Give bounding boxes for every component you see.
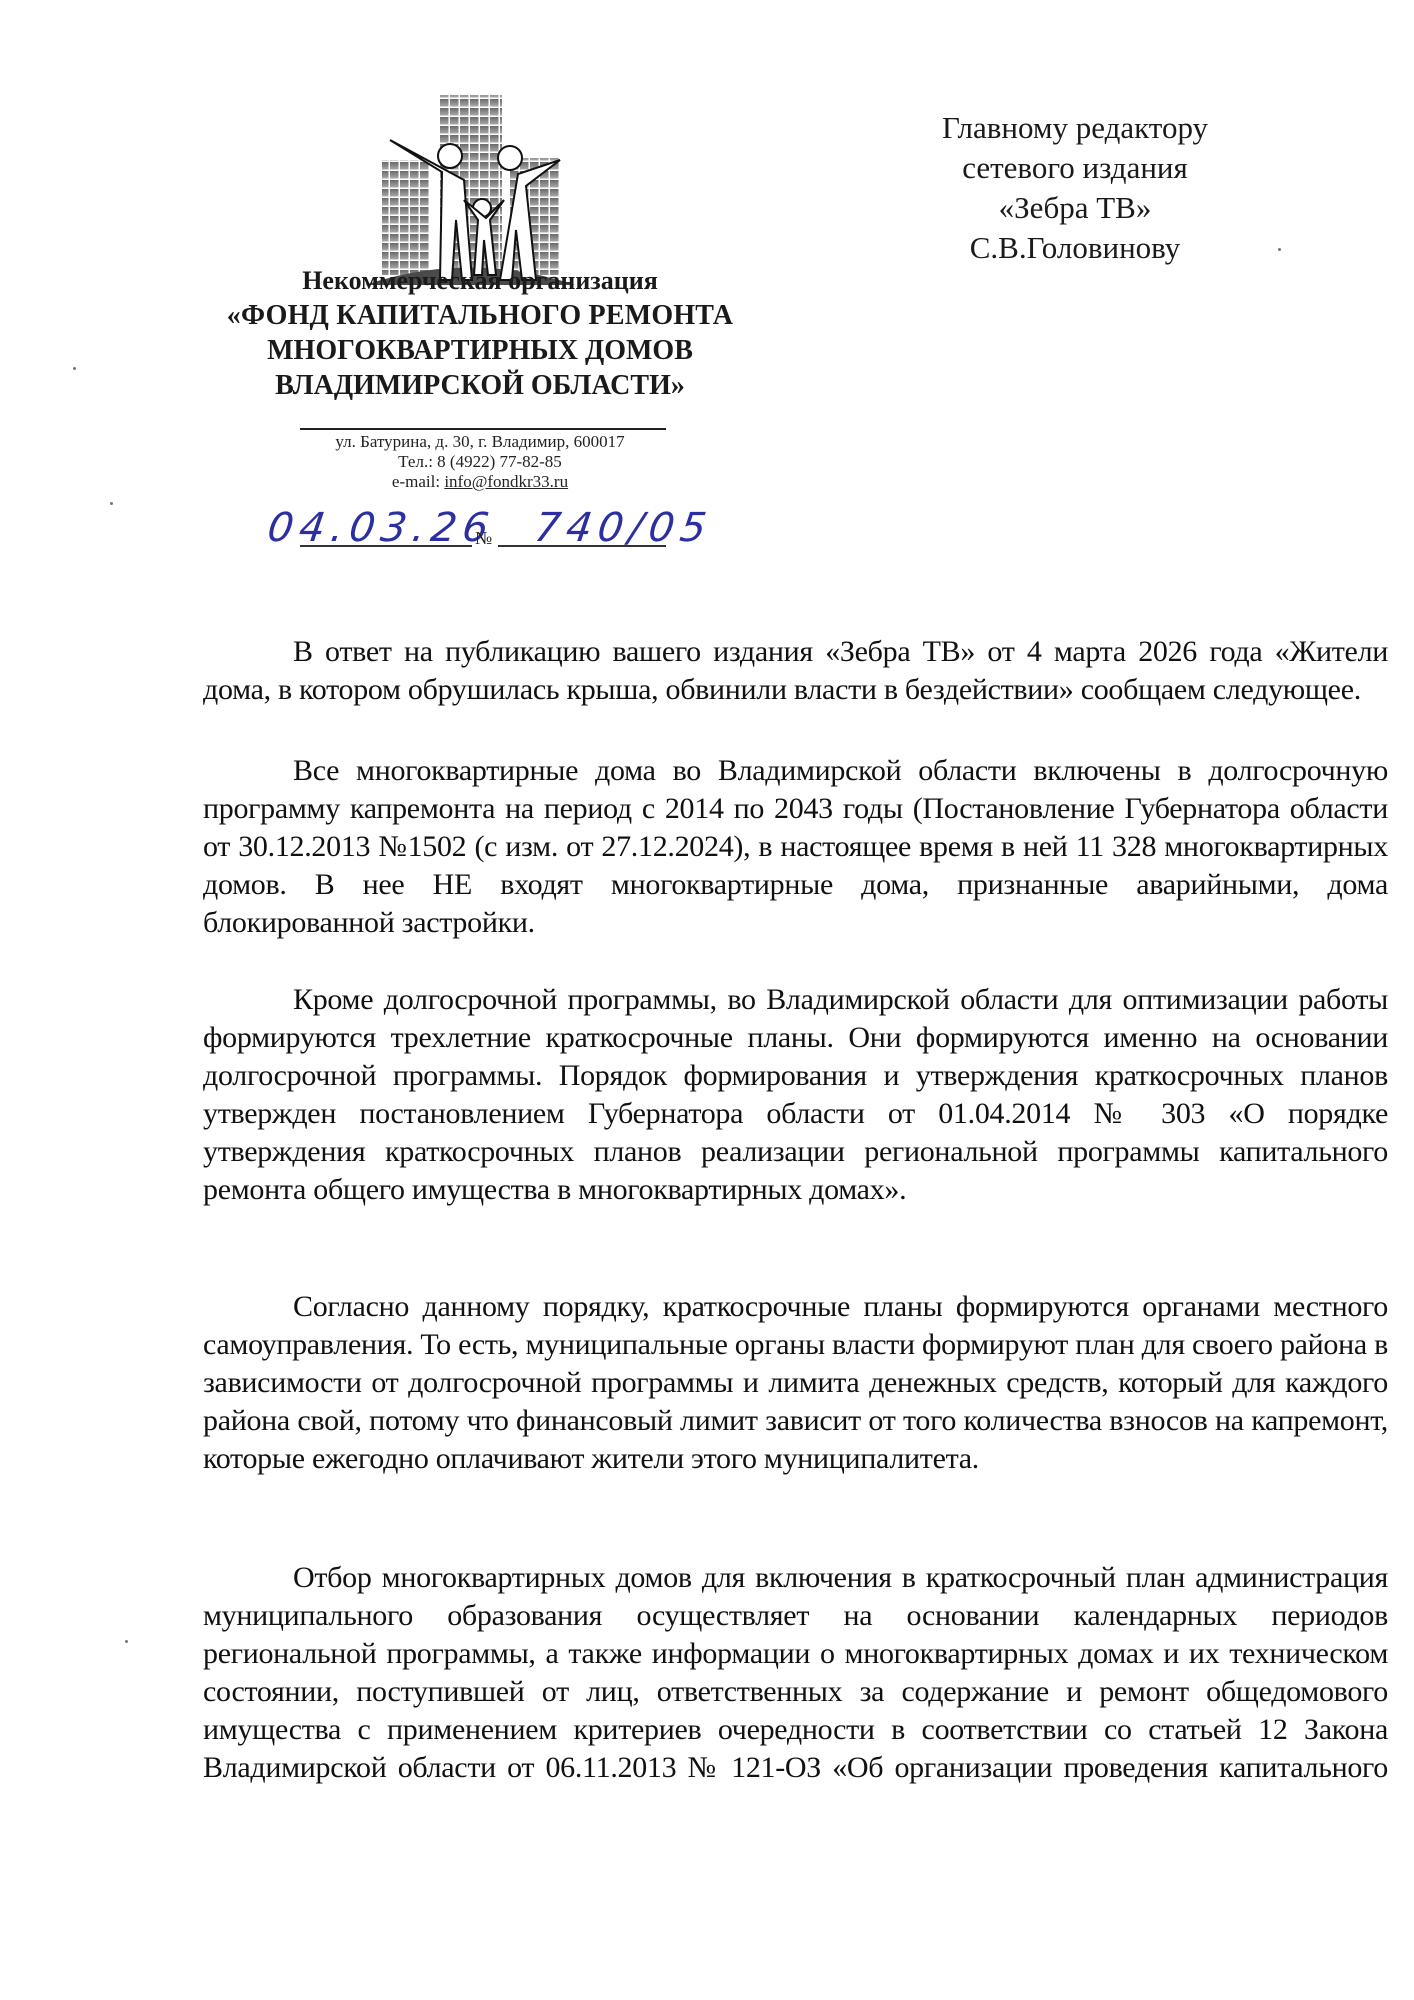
org-email-line: e-mail: info@fondkr33.ru xyxy=(250,472,710,492)
scan-speck xyxy=(1278,248,1281,251)
org-name-line-3: ВЛАДИМИРСКОЙ ОБЛАСТИ» xyxy=(190,370,770,402)
paragraph-text: Отбор многоквартирных домов для включени… xyxy=(203,1559,1388,1787)
scan-speck xyxy=(125,1640,128,1643)
outgoing-date-handwritten: 04.03.26 xyxy=(265,505,498,551)
letter-body-paragraph-5: Отбор многоквартирных домов для включени… xyxy=(203,1559,1388,1787)
org-name-line-2: МНОГОКВАРТИРНЫХ ДОМОВ xyxy=(190,335,770,367)
org-phone: Тел.: 8 (4922) 77-82-85 xyxy=(250,452,710,472)
scan-speck xyxy=(73,367,76,370)
addressee-line-3: «Зебра ТВ» xyxy=(900,188,1250,228)
org-name-line-1: «ФОНД КАПИТАЛЬНОГО РЕМОНТА xyxy=(190,300,770,332)
letter-body-paragraph-2: Все многоквартирные дома во Владимирской… xyxy=(203,752,1388,942)
addressee-line-2: сетевого издания xyxy=(900,148,1250,188)
paragraph-text: Кроме долгосрочной программы, во Владими… xyxy=(203,981,1388,1209)
paragraph-text: В ответ на публикацию вашего издания «Зе… xyxy=(203,633,1388,709)
addressee-line-4: С.В.Головинову xyxy=(900,228,1250,268)
letter-body-paragraph-3: Кроме долгосрочной программы, во Владими… xyxy=(203,981,1388,1209)
paragraph-text: Согласно данному порядку, краткосрочные … xyxy=(203,1288,1388,1478)
letterhead-divider xyxy=(300,428,666,430)
letter-body-paragraph-4: Согласно данному порядку, краткосрочные … xyxy=(203,1288,1388,1478)
building-family-logo-icon xyxy=(360,90,580,295)
email-link[interactable]: info@fondkr33.ru xyxy=(444,472,568,491)
scan-speck xyxy=(110,502,113,505)
email-label: e-mail: xyxy=(392,472,444,491)
org-address: ул. Батурина, д. 30, г. Владимир, 600017 xyxy=(250,432,710,452)
number-sign: № xyxy=(475,528,492,549)
addressee-block: Главному редактору сетевого издания «Зеб… xyxy=(900,108,1250,268)
paragraph-text: Все многоквартирные дома во Владимирской… xyxy=(203,752,1388,942)
org-type: Некоммерческая организация xyxy=(190,266,770,296)
addressee-line-1: Главному редактору xyxy=(900,108,1250,148)
letter-body-paragraph-1: В ответ на публикацию вашего издания «Зе… xyxy=(203,633,1388,709)
outgoing-number-handwritten: 740/05 xyxy=(532,505,715,551)
